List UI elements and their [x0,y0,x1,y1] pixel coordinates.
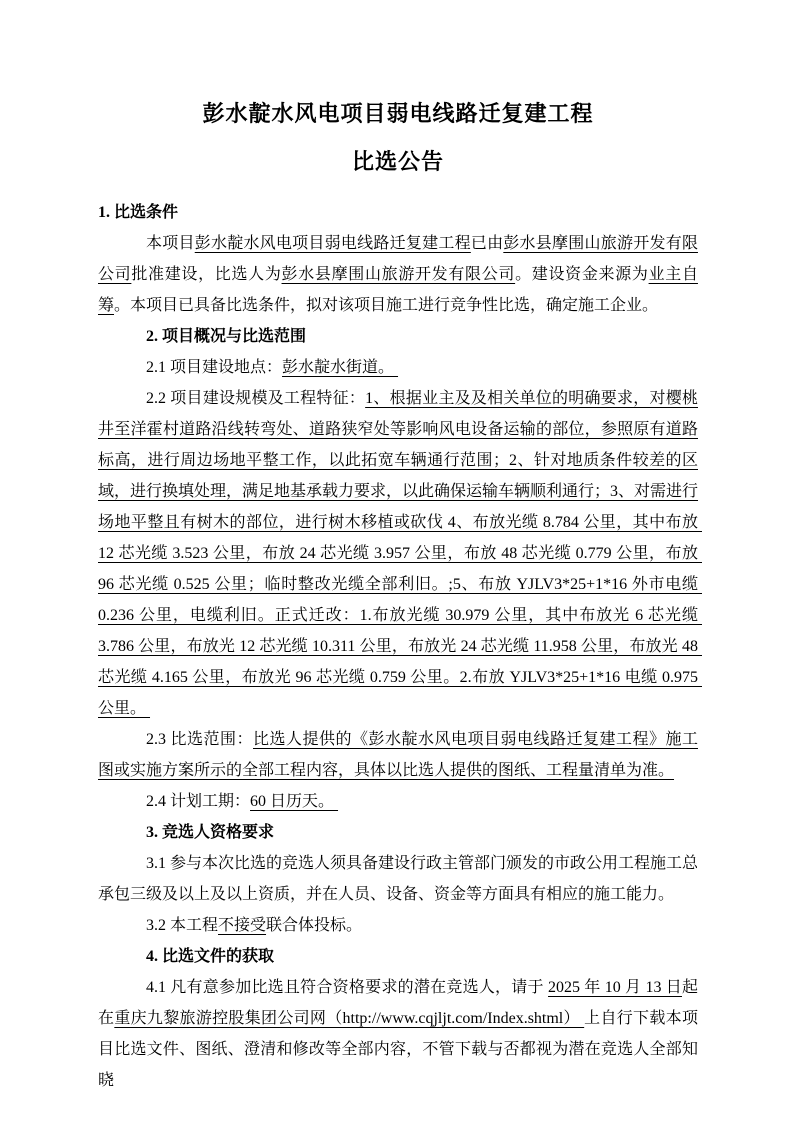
document-title: 彭水靛水风电项目弱电线路迁复建工程 [98,97,698,131]
text-run: 2. 项目概况与比选范围 [146,328,306,345]
clause-2-4-duration: 2.4 计划工期：60 日历天。 [98,786,698,817]
bid-inviter-name: 彭水县摩围山旅游开发有限公司 [282,266,516,283]
text-run: 联合体投标。 [266,917,362,934]
clause-3-2-consortium: 3.2 本工程不接受联合体投标。 [98,910,698,941]
clause-2-3-bid-scope: 2.3 比选范围：比选人提供的《彭水靛水风电项目弱电线路迁复建工程》施工图或实施… [98,724,698,786]
section-1-heading: 1. 比选条件 [98,197,698,228]
text-run: 3.1 参与本次比选的竞选人须具备建设行政主管部门颁发的市政公用工程施工总承包三… [98,855,698,903]
text-run: 2.1 项目建设地点： [146,359,282,376]
document-subtitle: 比选公告 [98,145,698,179]
document-page: 彭水靛水风电项目弱电线路迁复建工程 比选公告 1. 比选条件本项目彭水靛水风电项… [0,0,793,1122]
clause-4-1-document-access: 4.1 凡有意参加比选且符合资格要求的潜在竞选人，请于 2025 年 10 月 … [98,972,698,1096]
website-url[interactable]: 重庆九黎旅游控股集团公司网（http://www.cqjljt.com/Inde… [114,1010,584,1027]
project-location: 彭水靛水街道。 [282,359,398,376]
not-accept-emphasis: 不接受 [218,917,266,934]
text-run: 。建设资金来源为 [515,266,648,283]
text-run: 。本项目已具备比选条件，拟对该项目施工进行竞争性比选，确定施工企业。 [114,297,658,314]
section-4-heading: 4. 比选文件的获取 [98,941,698,972]
text-run: 2.3 比选范围： [146,731,253,748]
planned-duration: 60 日历天。 [250,793,338,810]
text-run: 批准建设，比选人为 [131,266,281,283]
section-2-heading: 2. 项目概况与比选范围 [98,321,698,352]
text-run: 本项目 [146,235,195,252]
document-content: 彭水靛水风电项目弱电线路迁复建工程 比选公告 1. 比选条件本项目彭水靛水风电项… [98,97,698,1096]
text-run: 3.2 本工程 [146,917,218,934]
project-name: 彭水靛水风电项目弱电线路迁复建工程 [195,235,471,252]
text-run: 已由 [471,235,503,252]
section-3-heading: 3. 竞选人资格要求 [98,817,698,848]
text-run: 4.1 凡有意参加比选且符合资格要求的潜在竞选人，请于 [146,979,548,996]
clause-2-1-location: 2.1 项目建设地点：彭水靛水街道。 [98,352,698,383]
clause-3-1-qualification: 3.1 参与本次比选的竞选人须具备建设行政主管部门颁发的市政公用工程施工总承包三… [98,848,698,910]
document-body: 1. 比选条件本项目彭水靛水风电项目弱电线路迁复建工程已由彭水县摩围山旅游开发有… [98,197,698,1096]
text-run: 2.4 计划工期： [146,793,250,810]
text-run: 1. 比选条件 [98,204,178,221]
bidding-conditions-paragraph: 本项目彭水靛水风电项目弱电线路迁复建工程已由彭水县摩围山旅游开发有限公司批准建设… [98,228,698,321]
release-date: 2025 年 10 月 13 日 [548,979,682,996]
text-run: 4. 比选文件的获取 [146,948,274,965]
clause-2-2-scale: 2.2 项目建设规模及工程特征：1、根据业主及及相关单位的明确要求，对樱桃井至洋… [98,383,698,724]
project-scope-detail: 1、根据业主及及相关单位的明确要求，对樱桃井至洋霍村道路沿线转弯处、道路狭窄处等… [98,390,702,717]
text-run: 2.2 项目建设规模及工程特征： [146,390,365,407]
text-run: 3. 竞选人资格要求 [146,824,274,841]
